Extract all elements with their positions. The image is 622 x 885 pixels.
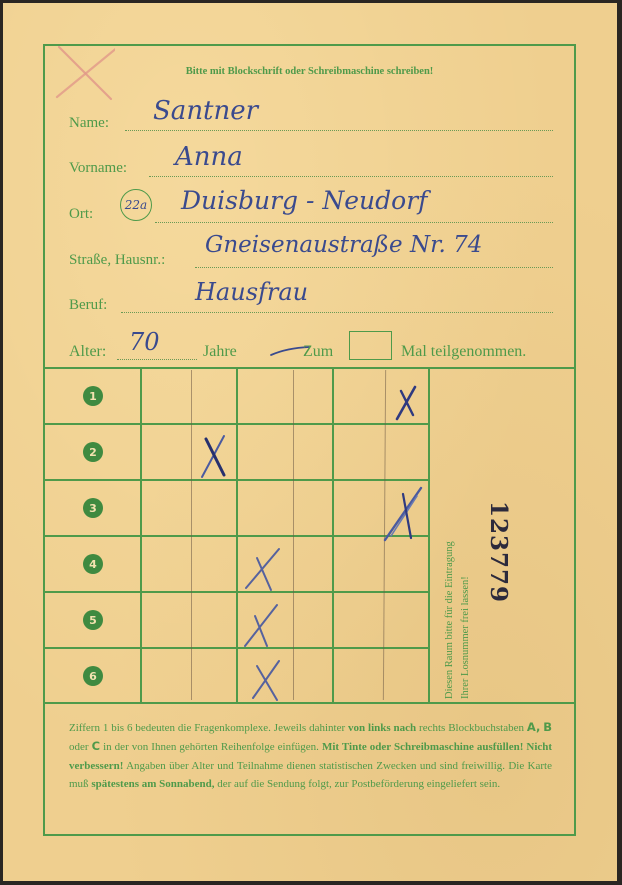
postal-district-circle[interactable]: 22a [120, 189, 152, 221]
row-number-3: 3 [83, 498, 103, 518]
column-line-c [332, 368, 334, 702]
footer-text: in der von Ihnen gehörten Reihenfolge ei… [103, 741, 319, 753]
row-number-6: 6 [83, 666, 103, 686]
name-value[interactable]: Santner [153, 96, 258, 126]
name-label: Name: [69, 115, 109, 132]
strasse-value[interactable]: Gneisenaustraße Nr. 74 [205, 232, 482, 258]
x-mark-row6[interactable] [249, 658, 283, 702]
letter-a: A, [527, 720, 540, 734]
ort-value[interactable]: Duisburg - Neudorf [181, 186, 427, 215]
footer-text: Ziffern 1 bis 6 bedeuten die Fragenkompl… [69, 722, 345, 734]
column-line-end [428, 368, 430, 702]
footer-text-bold: von links nach [348, 722, 416, 734]
row-number-4: 4 [83, 554, 103, 574]
form-instruction-title: Bitte mit Blockschrift oder Schreibmasch… [45, 66, 574, 77]
beruf-line [121, 312, 553, 313]
strasse-label: Straße, Hausnr.: [69, 252, 165, 269]
footer-text-bold: spätestens am Sonnabend, [91, 778, 214, 790]
lot-number-stamp: 123779 [485, 501, 512, 603]
grid-top-line [45, 367, 574, 369]
ort-line [155, 222, 553, 223]
footer-text: der auf die Sendung folgt, zur Postbeför… [217, 778, 500, 790]
letter-c: C [92, 739, 100, 753]
strasse-line [195, 267, 553, 268]
letter-b: B [543, 720, 552, 734]
grid-bottom-line [45, 702, 574, 704]
vorname-label: Vorname: [69, 160, 127, 177]
row-number-2: 2 [83, 442, 103, 462]
alter-line [117, 359, 197, 360]
zum-label: Zum [303, 343, 333, 361]
beruf-value[interactable]: Hausfrau [195, 278, 308, 306]
footer-text: oder [69, 741, 89, 753]
name-line [125, 130, 553, 131]
participation-count-box[interactable] [349, 331, 392, 360]
x-mark-row4[interactable] [241, 546, 283, 592]
vorname-value[interactable]: Anna [175, 142, 243, 172]
footer-instructions: Ziffern 1 bis 6 bedeuten die Fragenkompl… [69, 718, 552, 794]
column-line-a [140, 368, 142, 702]
x-mark-row5[interactable] [241, 602, 281, 648]
x-mark-row3[interactable] [383, 486, 423, 542]
x-mark-row2[interactable] [198, 433, 228, 479]
row-number-5: 5 [83, 610, 103, 630]
form-frame: Bitte mit Blockschrift oder Schreibmasch… [43, 44, 576, 836]
lottery-card: Bitte mit Blockschrift oder Schreibmasch… [3, 3, 617, 881]
lot-number-note: Diesen Raum bitte für die Eintragung Ihr… [442, 541, 474, 699]
lot-number-note-line1: Diesen Raum bitte für die Eintragung [442, 541, 458, 699]
mal-teilgenommen-label: Mal teilgenommen. [401, 343, 526, 361]
ort-label: Ort: [69, 206, 93, 223]
alter-label: Alter: [69, 343, 106, 361]
vorname-line [149, 176, 553, 177]
lot-number-note-line2: Ihrer Losnummer frei lassen! [458, 541, 474, 699]
row-number-1: 1 [83, 386, 103, 406]
pencil-divider [191, 370, 192, 700]
pencil-divider [293, 370, 294, 700]
footer-text: rechts Blockbuchstaben [419, 722, 524, 734]
x-mark-row1[interactable] [393, 385, 419, 421]
column-line-b [236, 368, 238, 702]
jahre-label: Jahre [203, 343, 237, 361]
alter-value[interactable]: 70 [129, 328, 160, 356]
beruf-label: Beruf: [69, 297, 107, 314]
